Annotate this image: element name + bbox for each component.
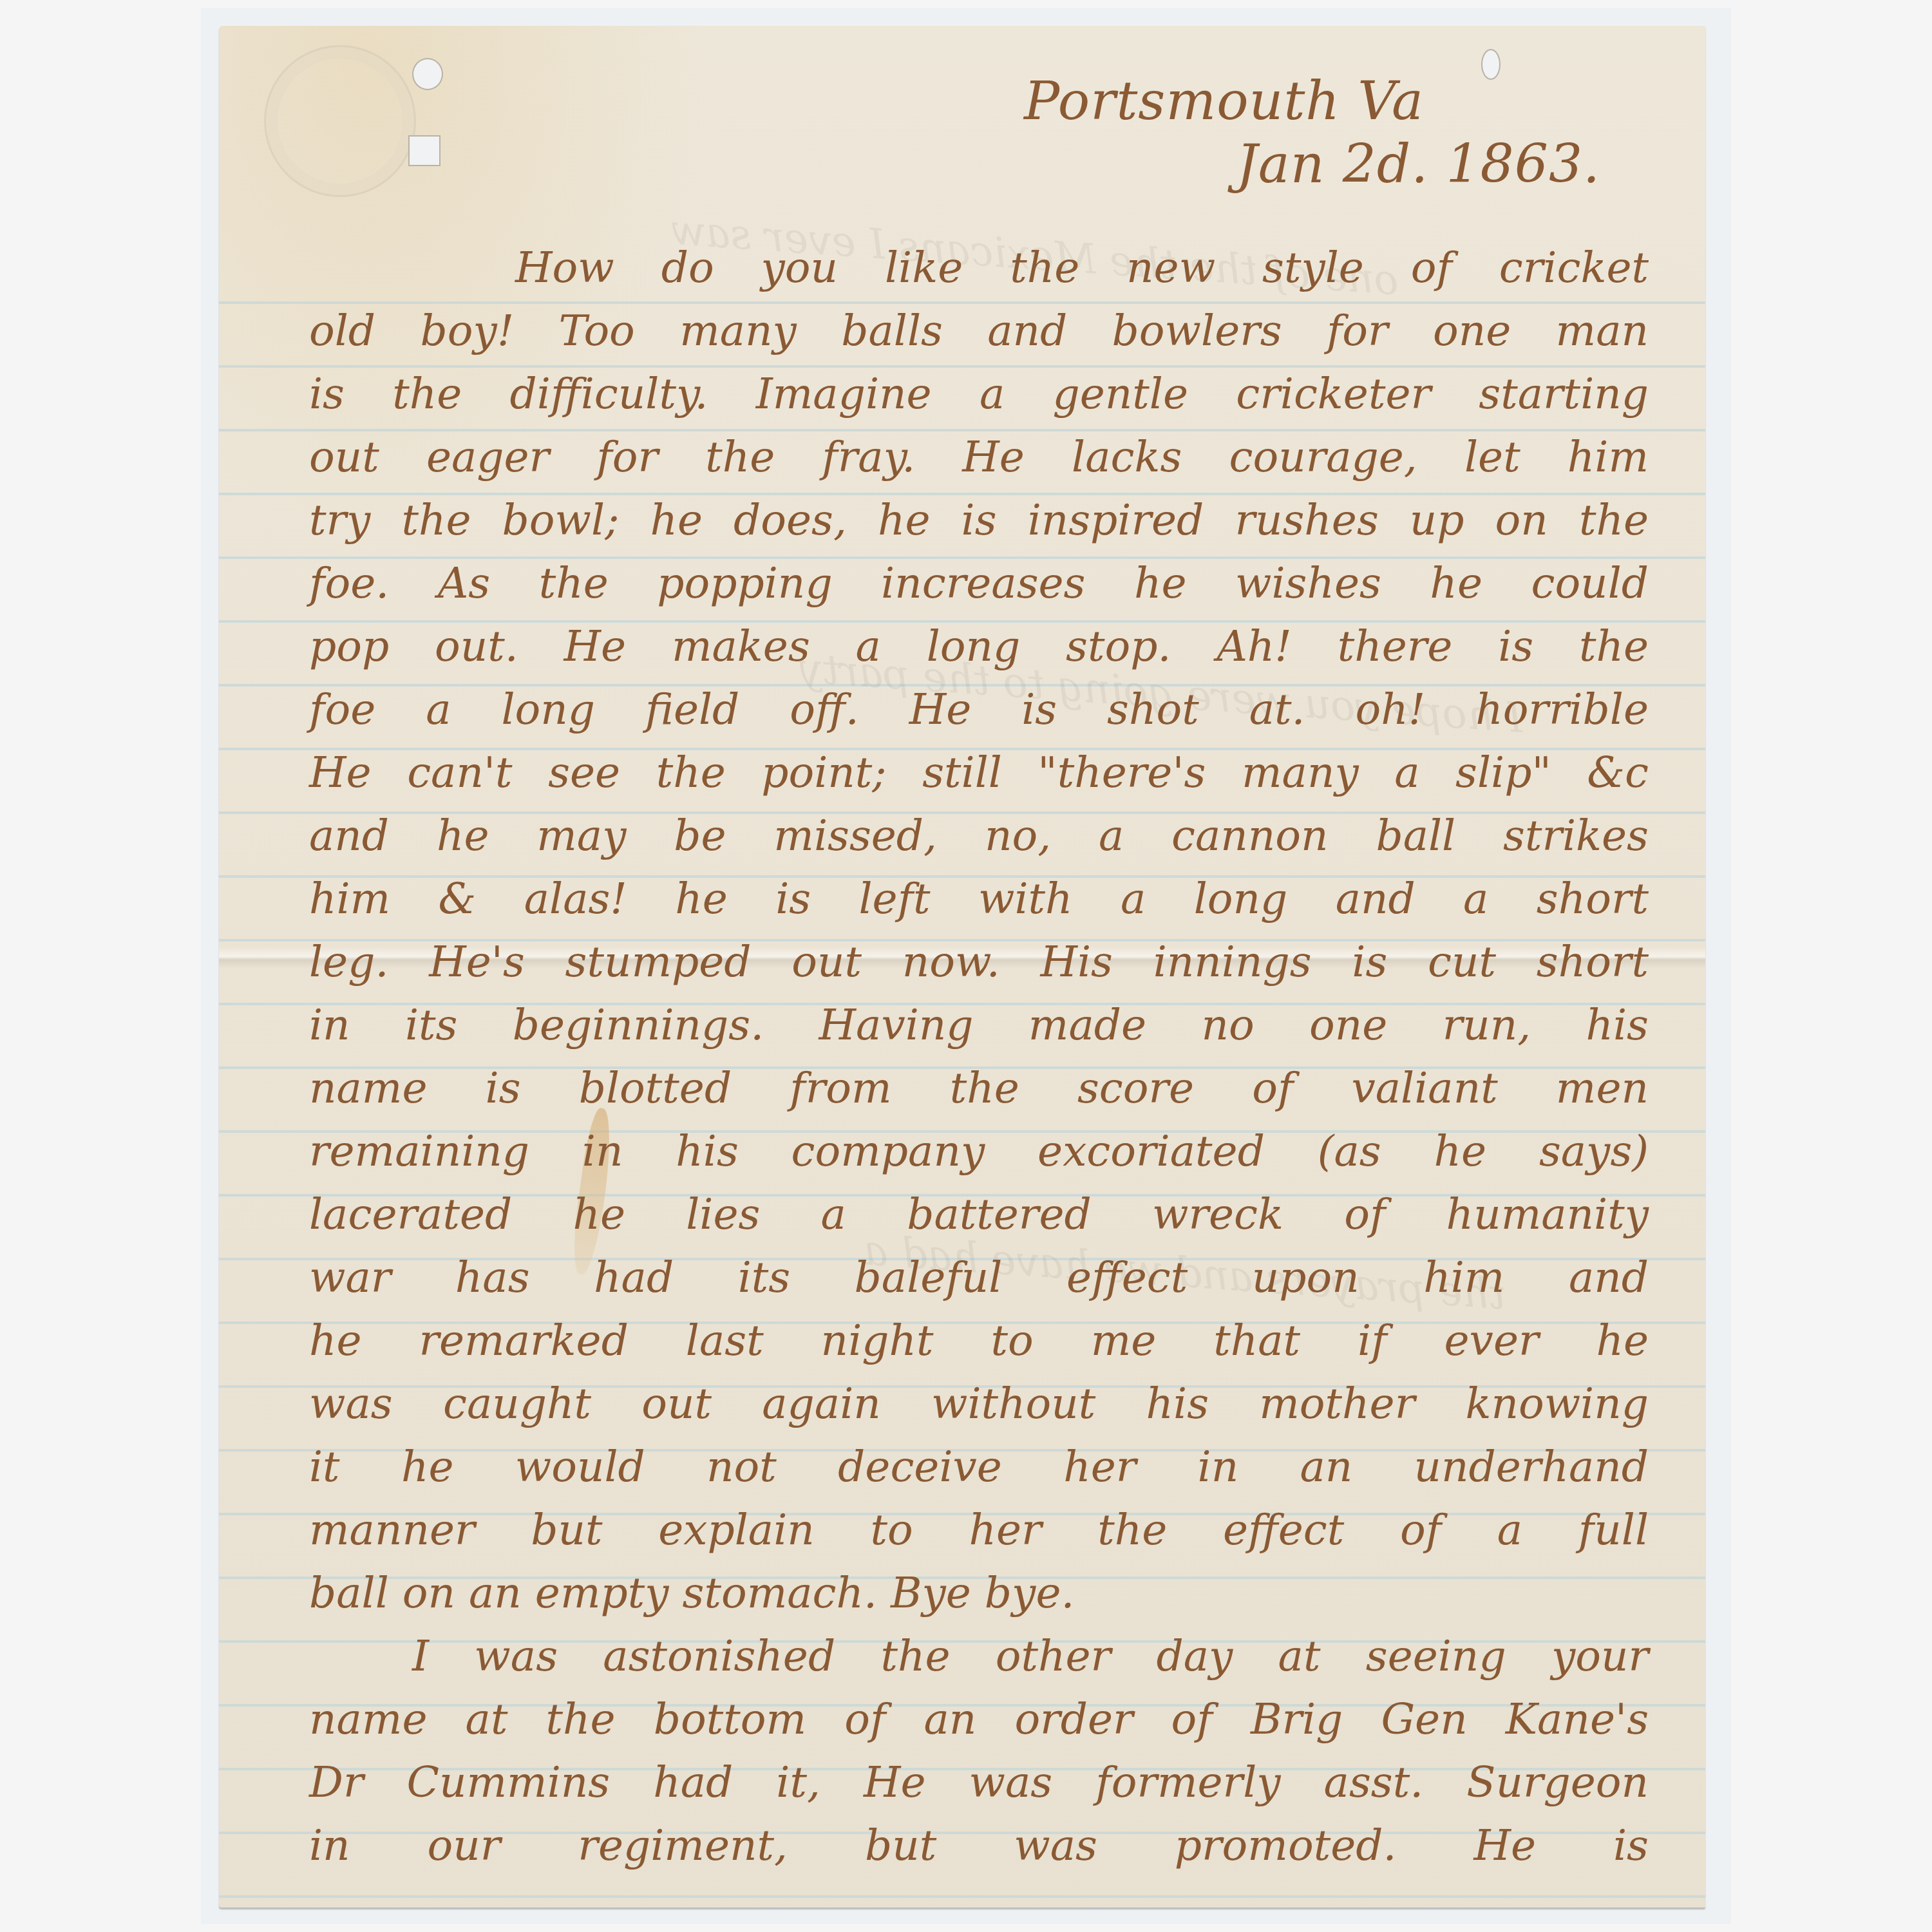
letter-line: name at the bottom of an order of Brig G… xyxy=(309,1688,1649,1751)
letter-date: Jan 2d. 1863. xyxy=(1236,134,1600,195)
letter-line: remaining in his company excoriated (as … xyxy=(309,1120,1649,1183)
letter-line: leg. He's stumped out now. His innings i… xyxy=(309,931,1649,994)
letter-line: foe a long field off. He is shot at. oh!… xyxy=(309,678,1649,741)
letter-line: I was astonished the other day at seeing… xyxy=(309,1625,1649,1688)
letter-line: and he may be missed, no, a cannon ball … xyxy=(309,804,1649,867)
letter-line: him & alas! he is left with a long and a… xyxy=(309,867,1649,931)
letter-line: in its beginnings. Having made no one ru… xyxy=(309,994,1649,1057)
letter-line: ball on an empty stomach. Bye bye. xyxy=(309,1562,1649,1625)
letter-line: it he would not deceive her in an underh… xyxy=(309,1435,1649,1499)
letter-line: war has had its baleful effect upon him … xyxy=(309,1246,1649,1309)
letter-line: out eager for the fray. He lacks courage… xyxy=(309,426,1649,489)
letter-line: is the difficulty. Imagine a gentle cric… xyxy=(309,363,1649,426)
letter-line: old boy! Too many balls and bowlers for … xyxy=(309,299,1649,363)
letter-line: manner but explain to her the effect of … xyxy=(309,1499,1649,1562)
letter-page: one of the the Mexicans I ever saw I hop… xyxy=(219,26,1705,1908)
letter-line: pop out. He makes a long stop. Ah! there… xyxy=(309,615,1649,678)
embossed-seal-icon xyxy=(264,45,416,197)
letter-line: in our regiment, but was promoted. He is xyxy=(309,1814,1649,1877)
letter-line: lacerated he lies a battered wreck of hu… xyxy=(309,1183,1649,1246)
punch-hole-icon xyxy=(412,58,443,90)
letter-line: name is blotted from the score of valian… xyxy=(309,1057,1649,1120)
letter-line: was caught out again without his mother … xyxy=(309,1372,1649,1435)
letter-line: Dr Cummins had it, He was formerly asst.… xyxy=(309,1751,1649,1814)
punch-hole-icon xyxy=(1481,49,1501,80)
letter-line: foe. As the popping increases he wishes … xyxy=(309,552,1649,615)
letter-line: He can't see the point; still "there's m… xyxy=(309,741,1649,804)
letter-line: try the bowl; he does, he is inspired ru… xyxy=(309,489,1649,552)
letter-place: Portsmouth Va xyxy=(1024,71,1424,132)
letter-line: How do you like the new style of cricket xyxy=(309,236,1649,299)
punch-hole-icon xyxy=(408,135,440,166)
letter-line: he remarked last night to me that if eve… xyxy=(309,1309,1649,1372)
